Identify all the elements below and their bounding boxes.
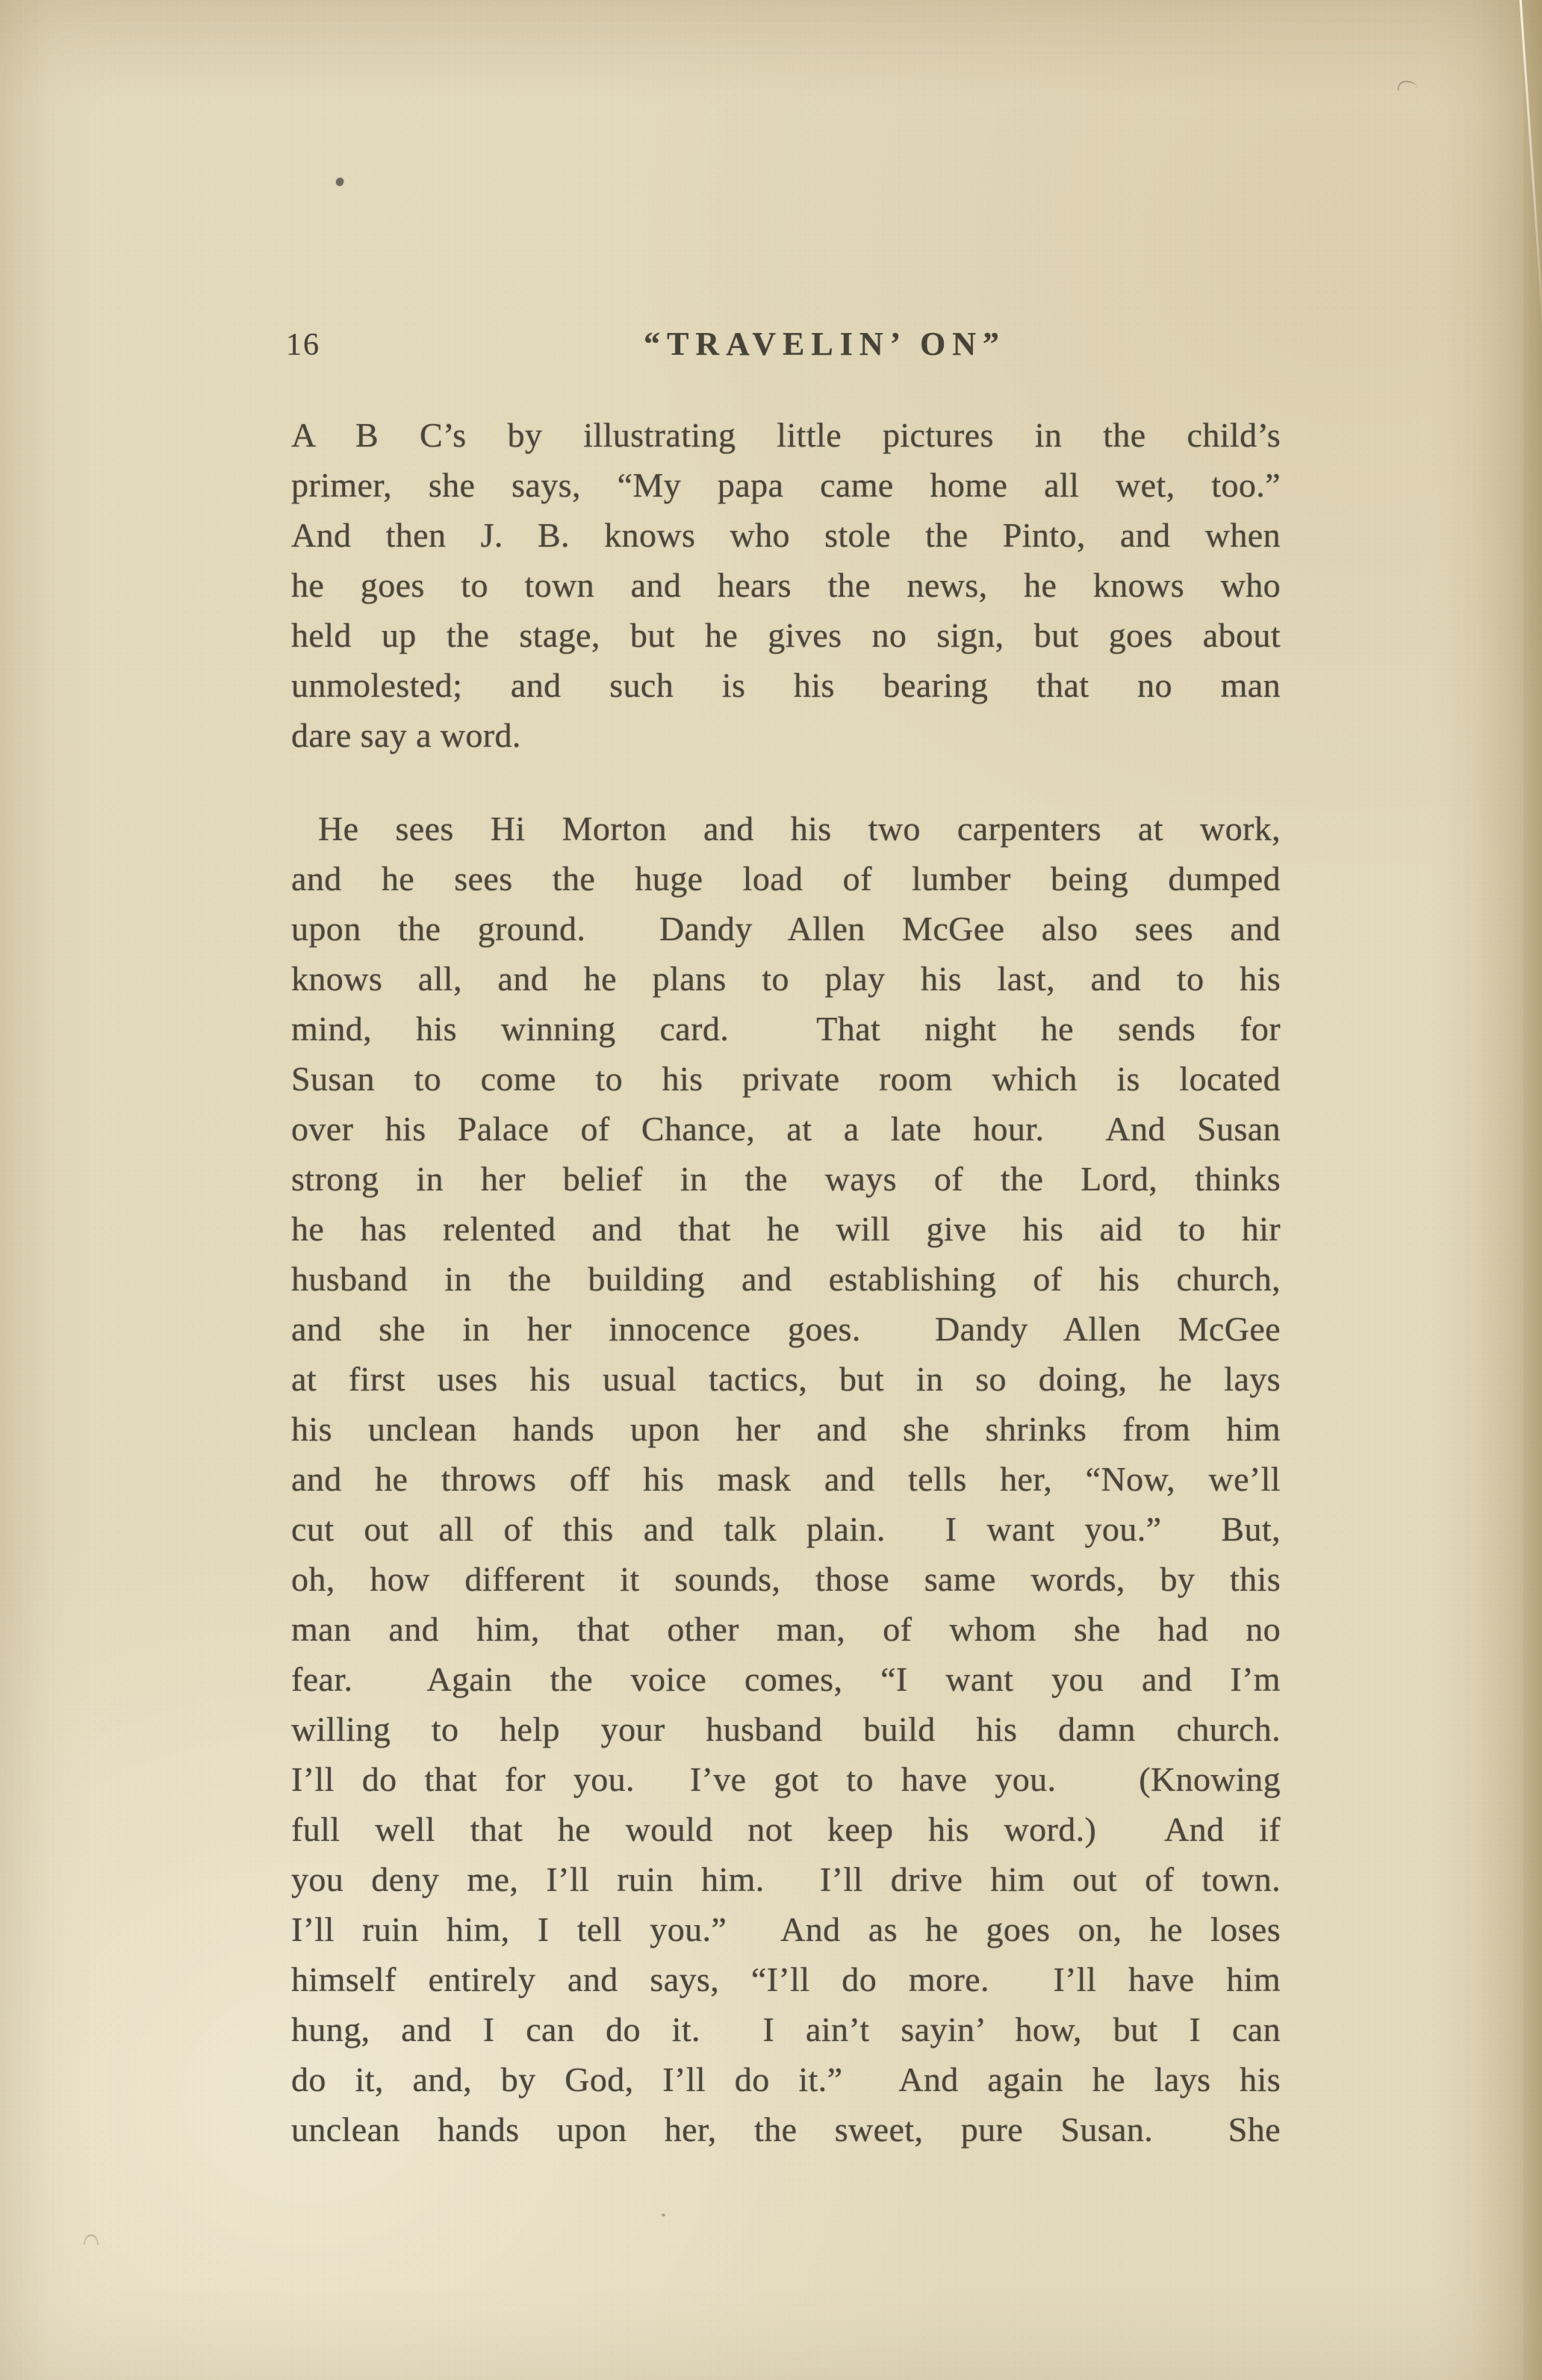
text-line: knows all, and he plans to play his last… — [291, 954, 1281, 1004]
text-line: held up the stage, but he gives no sign,… — [291, 610, 1281, 660]
running-title: “TRAVELIN’ ON” — [644, 326, 1006, 362]
text-line: over his Palace of Chance, at a late hou… — [291, 1104, 1281, 1154]
text-line: mind, his winning card. That night he se… — [291, 1004, 1281, 1054]
text-line: at first uses his usual tactics, but in … — [291, 1354, 1281, 1404]
text-line: man and him, that other man, of whom she… — [291, 1604, 1281, 1654]
text-line: husband in the building and establishing… — [291, 1254, 1281, 1304]
text-line: unclean hands upon her, the sweet, pure … — [291, 2104, 1281, 2154]
text-line: primer, she says, “My papa came home all… — [291, 460, 1281, 510]
text-line: upon the ground. Dandy Allen McGee also … — [291, 904, 1281, 954]
text-line: He sees Hi Morton and his two carpenters… — [291, 804, 1281, 854]
text-line: hung, and I can do it. I ain’t sayin’ ho… — [291, 2004, 1281, 2054]
text-line: And then J. B. knows who stole the Pinto… — [291, 510, 1281, 560]
text-line: himself entirely and says, “I’ll do more… — [291, 1954, 1281, 2004]
paragraph: A B C’s by illustrating little pictures … — [291, 410, 1281, 760]
paragraph: He sees Hi Morton and his two carpenters… — [291, 804, 1281, 2154]
text-line: dare say a word. — [291, 710, 1281, 760]
paper-fiber — [84, 2234, 99, 2245]
ink-speck — [335, 177, 345, 187]
text-line: I’ll ruin him, I tell you.” And as he go… — [291, 1904, 1281, 1954]
text-line: full well that he would not keep his wor… — [291, 1804, 1281, 1854]
text-line: and she in her innocence goes. Dandy All… — [291, 1304, 1281, 1354]
text-line: his unclean hands upon her and she shrin… — [291, 1404, 1281, 1454]
text-line: Susan to come to his private room which … — [291, 1054, 1281, 1104]
text-line: he has relented and that he will give hi… — [291, 1204, 1281, 1254]
text-line: A B C’s by illustrating little pictures … — [291, 410, 1281, 460]
text-line: oh, how different it sounds, those same … — [291, 1554, 1281, 1604]
text-line: fear. Again the voice comes, “I want you… — [291, 1654, 1281, 1704]
text-line: strong in her belief in the ways of the … — [291, 1154, 1281, 1204]
text-line: and he throws off his mask and tells her… — [291, 1454, 1281, 1504]
text-line: you deny me, I’ll ruin him. I’ll drive h… — [291, 1854, 1281, 1904]
text-line: he goes to town and hears the news, he k… — [291, 560, 1281, 610]
dust-speck — [662, 2213, 665, 2216]
paper-fiber — [1396, 80, 1417, 91]
text-line: and he sees the huge load of lumber bein… — [291, 854, 1281, 904]
text-line: willing to help your husband build his d… — [291, 1704, 1281, 1754]
text-line: unmolested; and such is his bearing that… — [291, 660, 1281, 710]
text-line: do it, and, by God, I’ll do it.” And aga… — [291, 2054, 1281, 2104]
running-header: “TRAVELIN’ ON” — [54, 328, 1542, 361]
text-line: cut out all of this and talk plain. I wa… — [291, 1504, 1281, 1554]
body-text: A B C’s by illustrating little pictures … — [291, 410, 1281, 2154]
text-line: I’ll do that for you. I’ve got to have y… — [291, 1754, 1281, 1804]
book-page-scan: 16 “TRAVELIN’ ON” A B C’s by illustratin… — [0, 0, 1542, 2380]
